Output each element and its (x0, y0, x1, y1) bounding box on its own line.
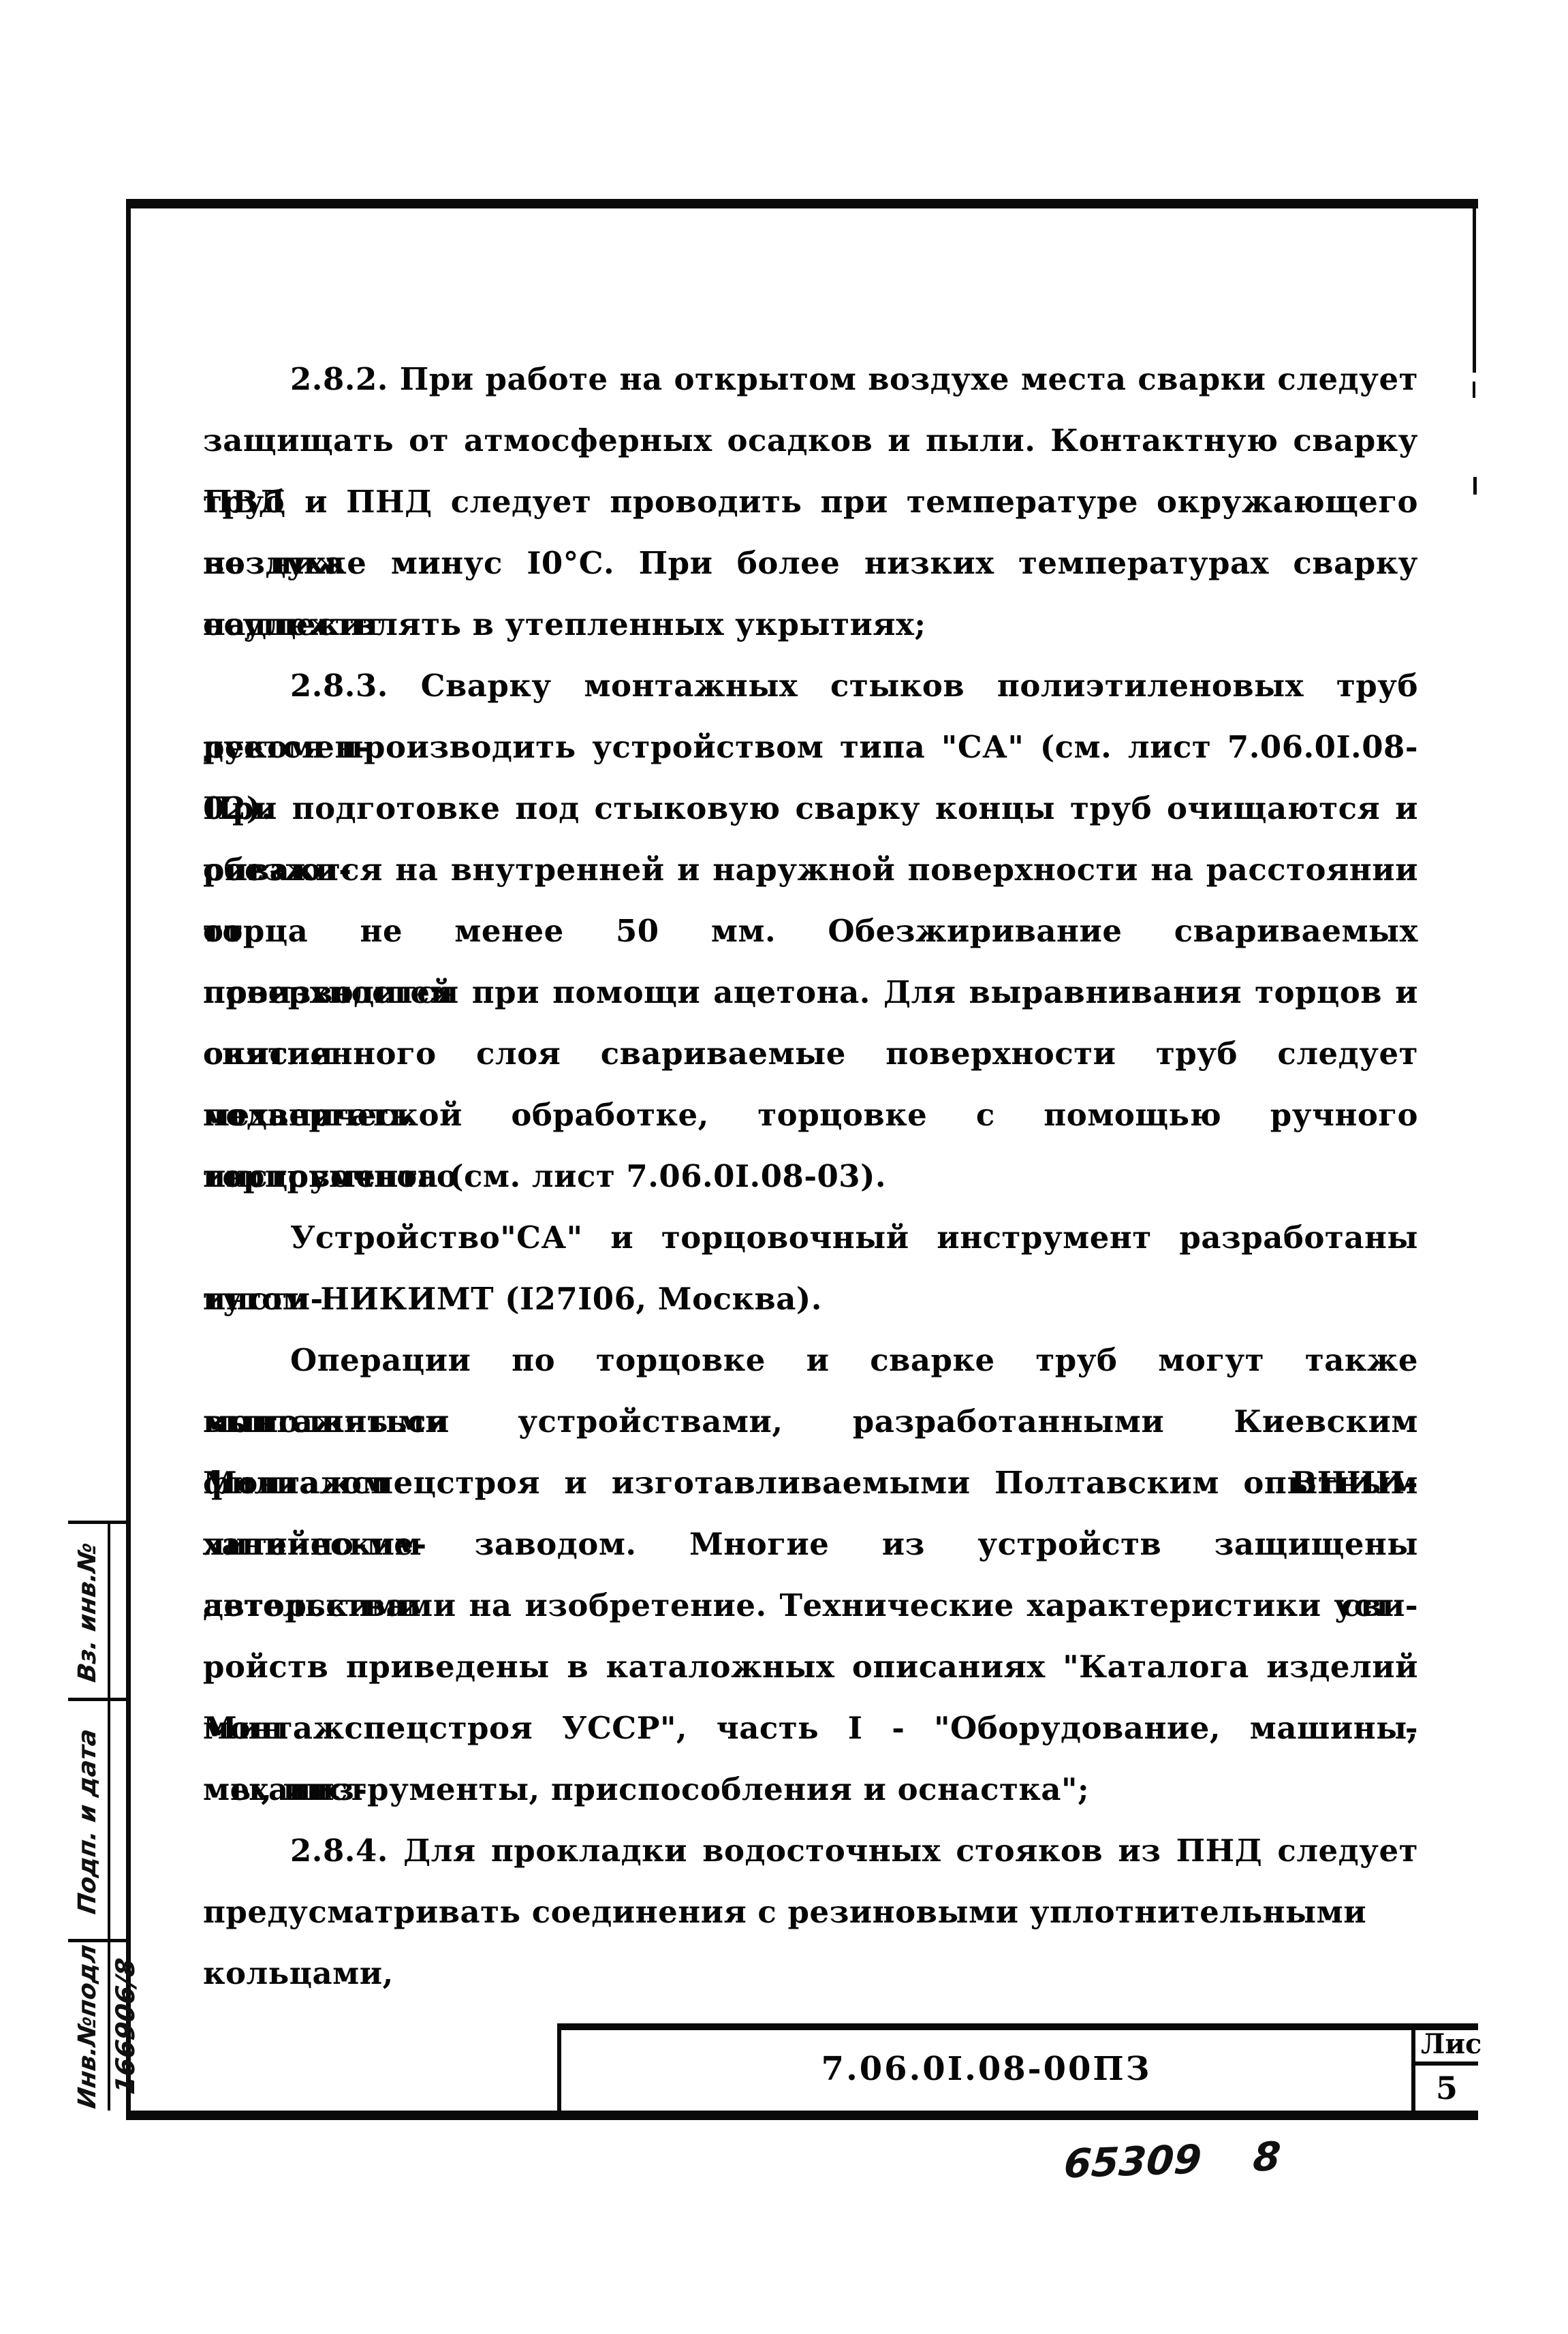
frame-right-border-segment (1473, 199, 1476, 373)
sheet-number: 5 (1415, 2066, 1478, 2111)
text-line: мы, инструменты, приспособления и оснаст… (203, 1759, 1418, 1820)
text-line: дуется производить устройством типа "СА"… (203, 717, 1418, 778)
text-line: ройств приведены в каталожных описаниях … (203, 1636, 1418, 1698)
sheet-label: Лис (1415, 2027, 1489, 2061)
sidebar-label-vzam-inv: Вз. инв.№ (69, 1522, 106, 1703)
text-line: 2.8.3. Сварку монтажных стыков полиэтиле… (203, 655, 1418, 717)
sidebar-inventory-number: 166906/8 (110, 1939, 140, 2113)
text-line: монтажными устройствами, разработанными … (203, 1391, 1418, 1452)
sidebar-label-inv-podl: Инв.№подл (69, 1939, 106, 2115)
text-line: Операции по торцовке и сварке труб могут… (203, 1330, 1418, 1391)
text-line: предусматривать соединения с резиновыми … (203, 1882, 1418, 1943)
text-line: защищать от атмосферных осадков и пыли. … (203, 410, 1418, 471)
frame-right-border-tick (1473, 477, 1477, 495)
text-line: риваются на внутренней и наружной поверх… (203, 839, 1418, 901)
frame-right-border-dash (1473, 382, 1475, 398)
text-line: детельствами на изобретение. Технические… (203, 1575, 1418, 1636)
handwritten-code: 65309 (1063, 2136, 1203, 2187)
scanned-document-page: 2.8.2. При работе на открытом воздухе ме… (0, 0, 1568, 2334)
text-line: торца не менее 50 мм. Обезжиривание свар… (203, 901, 1418, 962)
text-line: инструмента (см. лист 7.06.0I.08-03). (203, 1146, 1418, 1207)
text-line: 2.8.2. При работе на открытом воздухе ме… (203, 349, 1418, 410)
text-line: производится при помощи ацетона. Для выр… (203, 962, 1418, 1023)
text-line: монтажспецстроя УССР", часть I - "Оборуд… (203, 1698, 1418, 1759)
text-line: осуществлять в утепленных укрытиях; (203, 594, 1418, 655)
text-line: механической обработке, торцовке с помощ… (203, 1085, 1418, 1146)
handwritten-stamp: 65309 8 (1063, 2132, 1311, 2188)
text-line: 2.8.4. Для прокладки водосточных стояков… (203, 1820, 1418, 1882)
frame-bottom-border (126, 2111, 1478, 2120)
text-line: окисленного слоя свариваемые поверхности… (203, 1023, 1418, 1085)
text-line: тутом НИКИМТ (I27I06, Москва). (203, 1269, 1418, 1330)
text-line: Устройство"СА" и торцовочный инструмент … (203, 1207, 1418, 1269)
handwritten-page-number: 8 (1251, 2133, 1282, 2181)
document-number: 7.06.0I.08-00ПЗ (561, 2029, 1411, 2109)
text-line: ПВД и ПНД следует проводить при температ… (203, 471, 1418, 533)
text-line: При подготовке под стыковую сварку концы… (203, 778, 1418, 839)
frame-left-border (126, 199, 131, 2120)
text-line: ханическим заводом. Многие из устройств … (203, 1514, 1418, 1575)
sidebar-label-podp-i-data: Подп. и дата (69, 1699, 106, 1944)
frame-top-border (126, 199, 1478, 208)
text-line: не ниже минус I0°С. При более низких тем… (203, 533, 1418, 594)
text-line: Монтажспецстроя и изготавливаемыми Полта… (203, 1452, 1418, 1514)
body-text: 2.8.2. При работе на открытом воздухе ме… (203, 349, 1418, 1943)
